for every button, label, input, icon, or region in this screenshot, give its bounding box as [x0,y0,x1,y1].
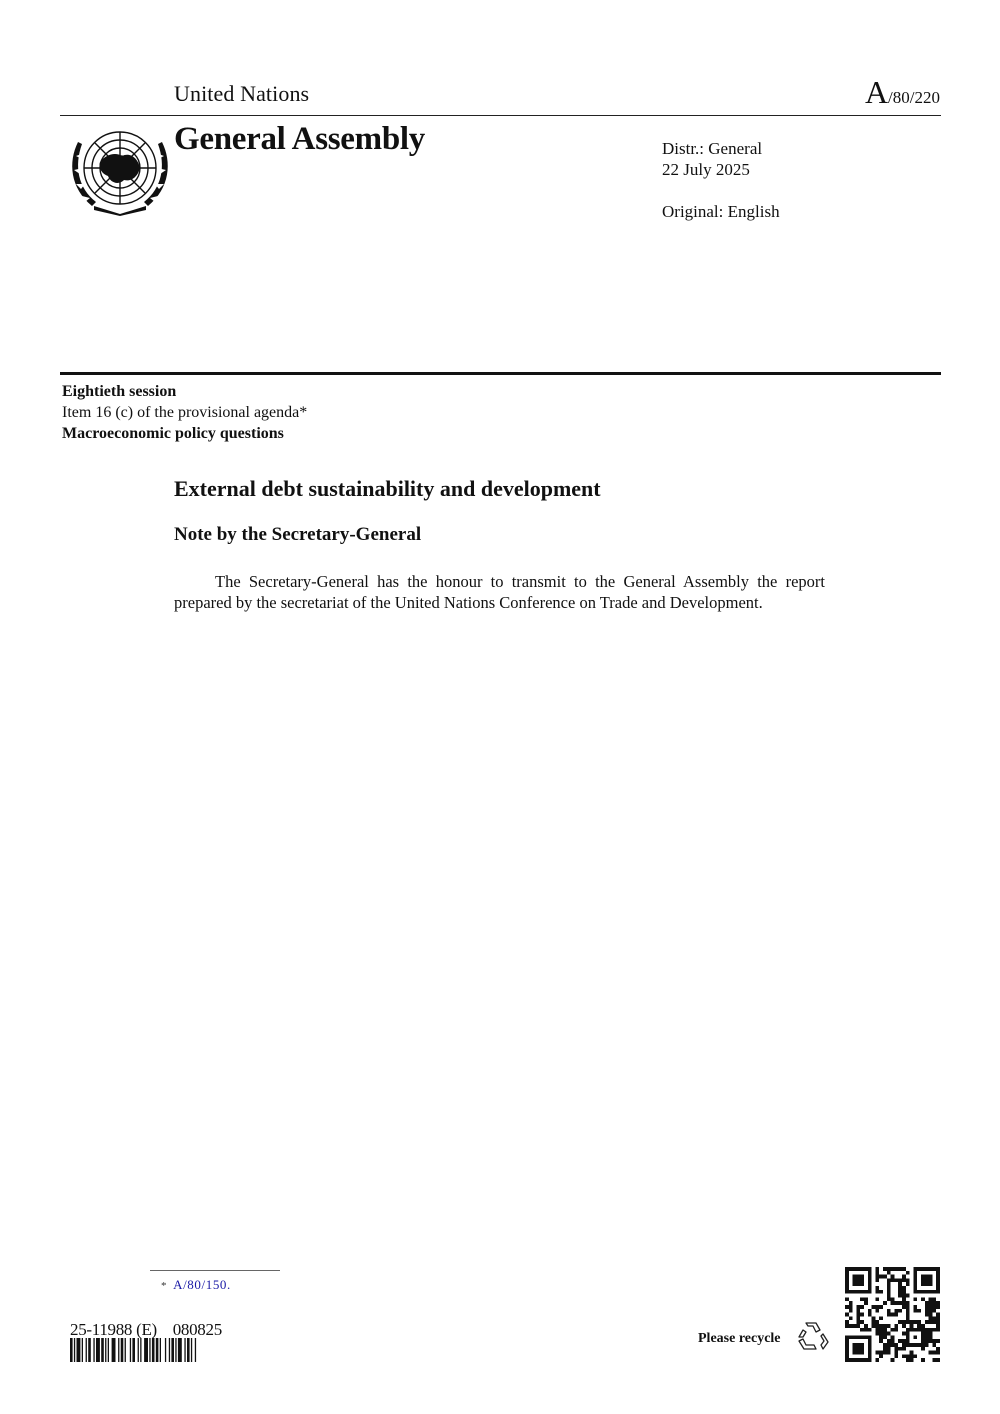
symbol-suffix: /80/220 [888,88,940,107]
footnote-marker: * [161,1280,167,1292]
organization-name: United Nations [174,81,309,107]
qr-code[interactable] [845,1267,940,1362]
barcode [70,1338,250,1362]
session-rule [60,372,941,375]
original-language: Original: English [662,202,780,222]
job-number: 25-11988 (E) [70,1320,157,1339]
session-block: Eightieth session Item 16 (c) of the pro… [62,381,307,444]
distribution-type: Distr.: General [662,138,762,159]
recycle-label: Please recycle [698,1331,781,1347]
date-code: 080825 [173,1320,222,1339]
header-rule [60,115,941,116]
document-date: 22 July 2025 [662,159,762,180]
session-name: Eightieth session [62,381,307,402]
body-paragraph: The Secretary-General has the honour to … [174,571,825,613]
footnote: *A/80/150. [161,1277,231,1293]
distribution-block: Distr.: General 22 July 2025 [662,138,762,180]
symbol-prefix: A [865,74,888,110]
agenda-item: Item 16 (c) of the provisional agenda* [62,402,307,423]
document-title: External debt sustainability and develop… [174,476,601,502]
un-emblem-icon [66,122,174,216]
footnote-link[interactable]: A/80/150. [173,1277,231,1292]
job-number-line: 25-11988 (E) 080825 [70,1320,222,1340]
document-subtitle: Note by the Secretary-General [174,524,421,546]
recycle-icon [794,1317,830,1353]
document-symbol: A/80/220 [865,74,940,111]
organ-name: General Assembly [174,121,425,158]
agenda-title: Macroeconomic policy questions [62,423,307,444]
footnote-rule [150,1270,280,1271]
